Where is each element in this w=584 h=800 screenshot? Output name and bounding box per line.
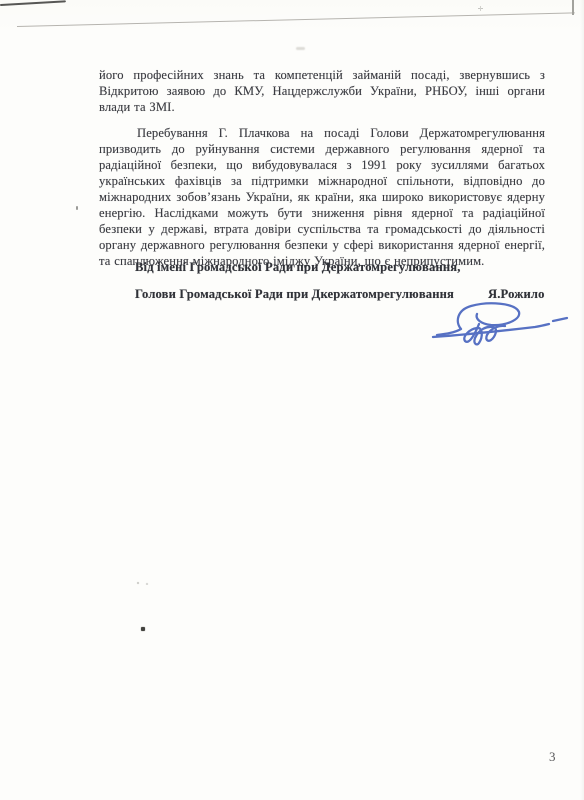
scan-speck-left-margin (76, 206, 78, 210)
paragraph-continuation: його професійних знань та компетенцій за… (99, 67, 545, 115)
scan-edge-line-horizontal (17, 12, 575, 27)
scan-edge-line-right (572, 0, 574, 15)
document-body: його професійних знань та компетенцій за… (99, 67, 545, 269)
paragraph-main: Перебування Г. Плачкова на посаді Голови… (99, 125, 545, 269)
scan-smudge (296, 47, 305, 50)
page-number: 3 (549, 749, 556, 765)
signoff-title: Голови Громадської Ради при Дкержатомрег… (135, 287, 454, 302)
signoff-organization: Від імені Громадської Ради при Держатомр… (135, 260, 545, 275)
scanned-document-page: його професійних знань та компетенцій за… (0, 0, 584, 800)
signature-scribble (430, 296, 574, 358)
scan-ink-dot (141, 627, 145, 631)
scan-specks (136, 581, 150, 585)
scan-speck-plus (478, 6, 483, 11)
scan-edge-line-topleft (0, 0, 66, 6)
page-edge-shadow (580, 0, 584, 800)
